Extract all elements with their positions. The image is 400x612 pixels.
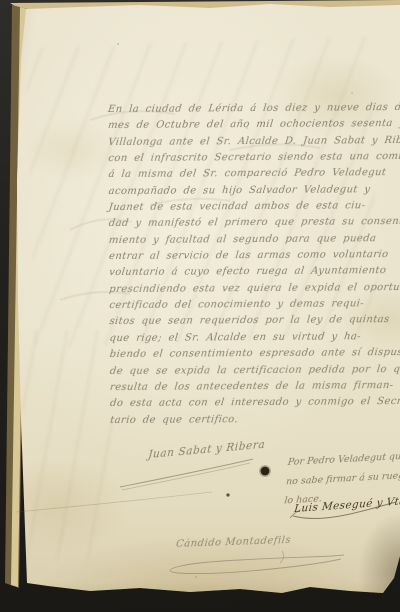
paper-sheet: En la ciudad de Lérida á los diez y nuev… [0,0,400,612]
text-line: mes de Octubre del año mil ochocientos s… [107,116,400,134]
text-line: biendo el consentimiento espresado ante … [109,345,400,363]
text-line: do esta acta con el interesado y conmigo… [109,394,400,412]
text-line: tario de que certifico. [109,410,400,428]
text-line: de que se expida la certificacion pedida… [109,361,400,379]
manuscript-body-text: En la ciudad de Lérida á los diez y nuev… [107,100,400,429]
text-line: á la misma del Sr. compareció Pedro Vela… [107,165,400,183]
text-line: dad y manifestó el primero que presta su… [108,214,400,232]
signature-secretary: Cándido Montadefils [175,535,291,550]
manuscript-photo: En la ciudad de Lérida á los diez y nuev… [0,0,400,612]
ink-showthrough-left [22,330,112,560]
text-line: sitos que sean requeridos por la ley de … [108,312,400,330]
signature-official: Juan Sabat y Ribera [148,439,266,461]
text-line: voluntario á cuyo efecto ruega al Ayunta… [108,263,400,281]
